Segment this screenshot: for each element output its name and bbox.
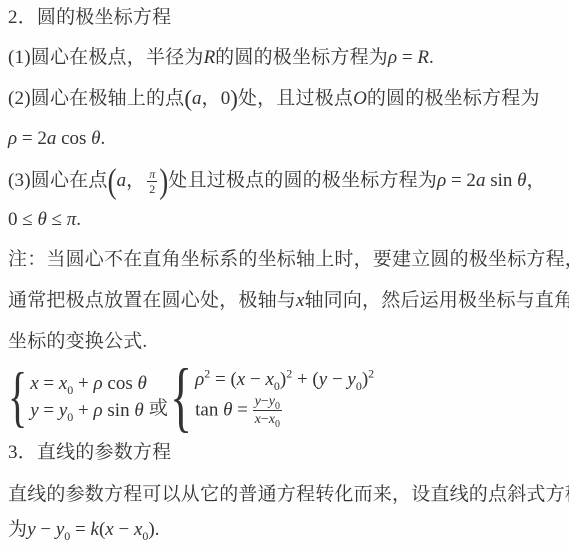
math-op: = (	[210, 369, 237, 390]
math-var: ρ	[195, 369, 204, 390]
text-run: 轴同向，然后运用极坐标与直角	[304, 290, 569, 311]
right-paren: )	[159, 164, 168, 199]
section-2-heading: 2．圆的极坐标方程	[8, 6, 171, 30]
superscript: 2	[368, 366, 374, 380]
text-run: 坐标的变换公式.	[8, 331, 147, 352]
left-paren: (	[184, 86, 192, 111]
math-var: θ	[134, 400, 143, 421]
math-var: θ	[91, 128, 100, 149]
text-run: 为	[8, 519, 27, 540]
math-op: =	[39, 400, 59, 421]
math-var: ρ	[94, 373, 103, 394]
right-paren: )	[230, 86, 238, 111]
math-op: + (	[292, 369, 319, 390]
math-var: x	[265, 369, 273, 390]
math-var: ρ	[437, 170, 446, 191]
comma: ，	[126, 170, 145, 191]
heading-text: 2．圆的极坐标方程	[8, 7, 171, 28]
math-var: θ	[37, 209, 46, 230]
math-var: x	[105, 519, 113, 540]
text-run: 的圆的极坐标方程为	[367, 88, 540, 109]
heading-text: 3．直线的参数方程	[8, 442, 171, 463]
text-run: (1)圆心在极点，半径为	[8, 47, 204, 68]
text-run: 处，且过极点	[238, 88, 353, 109]
math-var: θ	[137, 373, 146, 394]
math-op: ≤	[18, 209, 38, 230]
math-op: .	[155, 519, 160, 540]
math-op: +	[73, 400, 93, 421]
text-run: 直线的参数方程可以从它的普通方程转化而来，设直线的点斜式方程	[8, 484, 569, 505]
math-op: =	[232, 399, 252, 420]
equation-row: ρ2 = (x − x0)2 + (y − y0)2	[195, 366, 374, 393]
note-line-2: 通常把极点放置在圆心处，极轴与x轴同向，然后运用极坐标与直角	[8, 289, 569, 313]
text-run: 注：当圆心不在直角坐标系的坐标轴上时，要建立圆的极坐标方程，	[8, 249, 569, 270]
math-var: y	[27, 519, 35, 540]
numerator: π	[147, 167, 157, 181]
item-3: (3)圆心在点(a，π2)处且过极点的圆的极坐标方程为ρ = 2a sin θ，	[8, 161, 546, 201]
math-num: 0	[221, 88, 231, 109]
math-op: =	[397, 47, 417, 68]
point-slope-equation: 为y − y0 = k(x − x0).	[8, 518, 159, 542]
math-op: −	[245, 369, 265, 390]
math-var: ρ	[388, 47, 397, 68]
math-num: 0	[8, 209, 18, 230]
math-var: a	[192, 88, 202, 109]
left-system: { x = x0 + ρ cos θ y = y0 + ρ sin θ	[8, 370, 147, 424]
math-var: x	[30, 373, 38, 394]
right-brace: {	[170, 358, 192, 436]
math-var: ρ	[8, 128, 17, 149]
fraction-pi-over-2: π2	[147, 167, 157, 197]
left-system-rows: x = x0 + ρ cos θ y = y0 + ρ sin θ	[30, 370, 147, 424]
math-var: y	[347, 369, 355, 390]
item-2: (2)圆心在极轴上的点(a，0)处，且过极点O的圆的极坐标方程为	[8, 87, 540, 111]
math-var: a	[47, 128, 57, 149]
denominator: 2	[147, 181, 157, 196]
math-var: a	[476, 170, 486, 191]
comma: ，	[526, 170, 545, 191]
item-1: (1)圆心在极点，半径为R的圆的极坐标方程为ρ = R.	[8, 46, 434, 70]
text-run: 通常把极点放置在圆心处，极轴与	[8, 290, 296, 311]
math-fn: sin	[485, 170, 517, 191]
math-op: +	[73, 373, 93, 394]
denominator: x−x0	[253, 410, 282, 429]
math-op: −	[36, 519, 56, 540]
math-fn: cos	[56, 128, 91, 149]
math-var: y	[319, 369, 327, 390]
math-var: ρ	[94, 400, 103, 421]
left-brace: {	[8, 363, 27, 431]
conversion-formula: { x = x0 + ρ cos θ y = y0 + ρ sin θ 或 { …	[8, 363, 374, 431]
equation-row: x = x0 + ρ cos θ	[30, 370, 147, 397]
math-op: = 2	[17, 128, 47, 149]
subscript: 0	[275, 419, 280, 430]
math-fn: cos	[103, 373, 138, 394]
subscript: 0	[275, 400, 280, 411]
math-notes-page: 2．圆的极坐标方程 (1)圆心在极点，半径为R的圆的极坐标方程为ρ = R. (…	[0, 0, 569, 551]
math-op: .	[76, 209, 81, 230]
math-var: O	[353, 88, 367, 109]
math-var: x	[237, 369, 245, 390]
math-fn: sin	[103, 400, 135, 421]
math-op: −	[327, 369, 347, 390]
section-3-heading: 3．直线的参数方程	[8, 441, 171, 465]
comma: ，	[202, 88, 221, 109]
math-var: π	[67, 209, 77, 230]
right-system-rows: ρ2 = (x − x0)2 + (y − y0)2 tan θ = y−y0x…	[195, 366, 374, 429]
right-system: { ρ2 = (x − x0)2 + (y − y0)2 tan θ = y−y…	[170, 366, 374, 429]
section-3-intro: 直线的参数方程可以从它的普通方程转化而来，设直线的点斜式方程	[8, 483, 569, 507]
math-op: −	[261, 412, 269, 427]
math-fn: tan	[195, 399, 223, 420]
text-run: (3)圆心在点	[8, 170, 108, 191]
item-2-equation: ρ = 2a cos θ.	[8, 127, 105, 151]
math-op: .	[101, 128, 106, 149]
equation-row: tan θ = y−y0x−x0	[195, 393, 374, 429]
text-run: 处且过极点的圆的极坐标方程为	[168, 170, 437, 191]
equation-row: y = y0 + ρ sin θ	[30, 397, 147, 424]
left-paren: (	[108, 164, 117, 199]
math-op: =	[39, 373, 59, 394]
math-var: a	[117, 170, 127, 191]
math-op: = 2	[446, 170, 476, 191]
note-line-3: 坐标的变换公式.	[8, 330, 147, 354]
math-op: =	[70, 519, 90, 540]
math-var: R	[417, 47, 429, 68]
math-var: R	[204, 47, 216, 68]
fraction-slope: y−y0x−x0	[253, 393, 282, 429]
text-run: (2)圆心在极轴上的点	[8, 88, 184, 109]
note-line-1: 注：当圆心不在直角坐标系的坐标轴上时，要建立圆的极坐标方程，	[8, 248, 569, 272]
or-connector: 或	[149, 393, 168, 420]
numerator: y−y0	[253, 393, 282, 411]
item-3-range: 0 ≤ θ ≤ π.	[8, 208, 81, 232]
math-op: −	[261, 394, 269, 409]
math-op: .	[429, 47, 434, 68]
math-op: −	[114, 519, 134, 540]
math-var: y	[30, 400, 38, 421]
math-op: ≤	[47, 209, 67, 230]
math-var: k	[91, 519, 99, 540]
text-run: 的圆的极坐标方程为	[215, 47, 388, 68]
